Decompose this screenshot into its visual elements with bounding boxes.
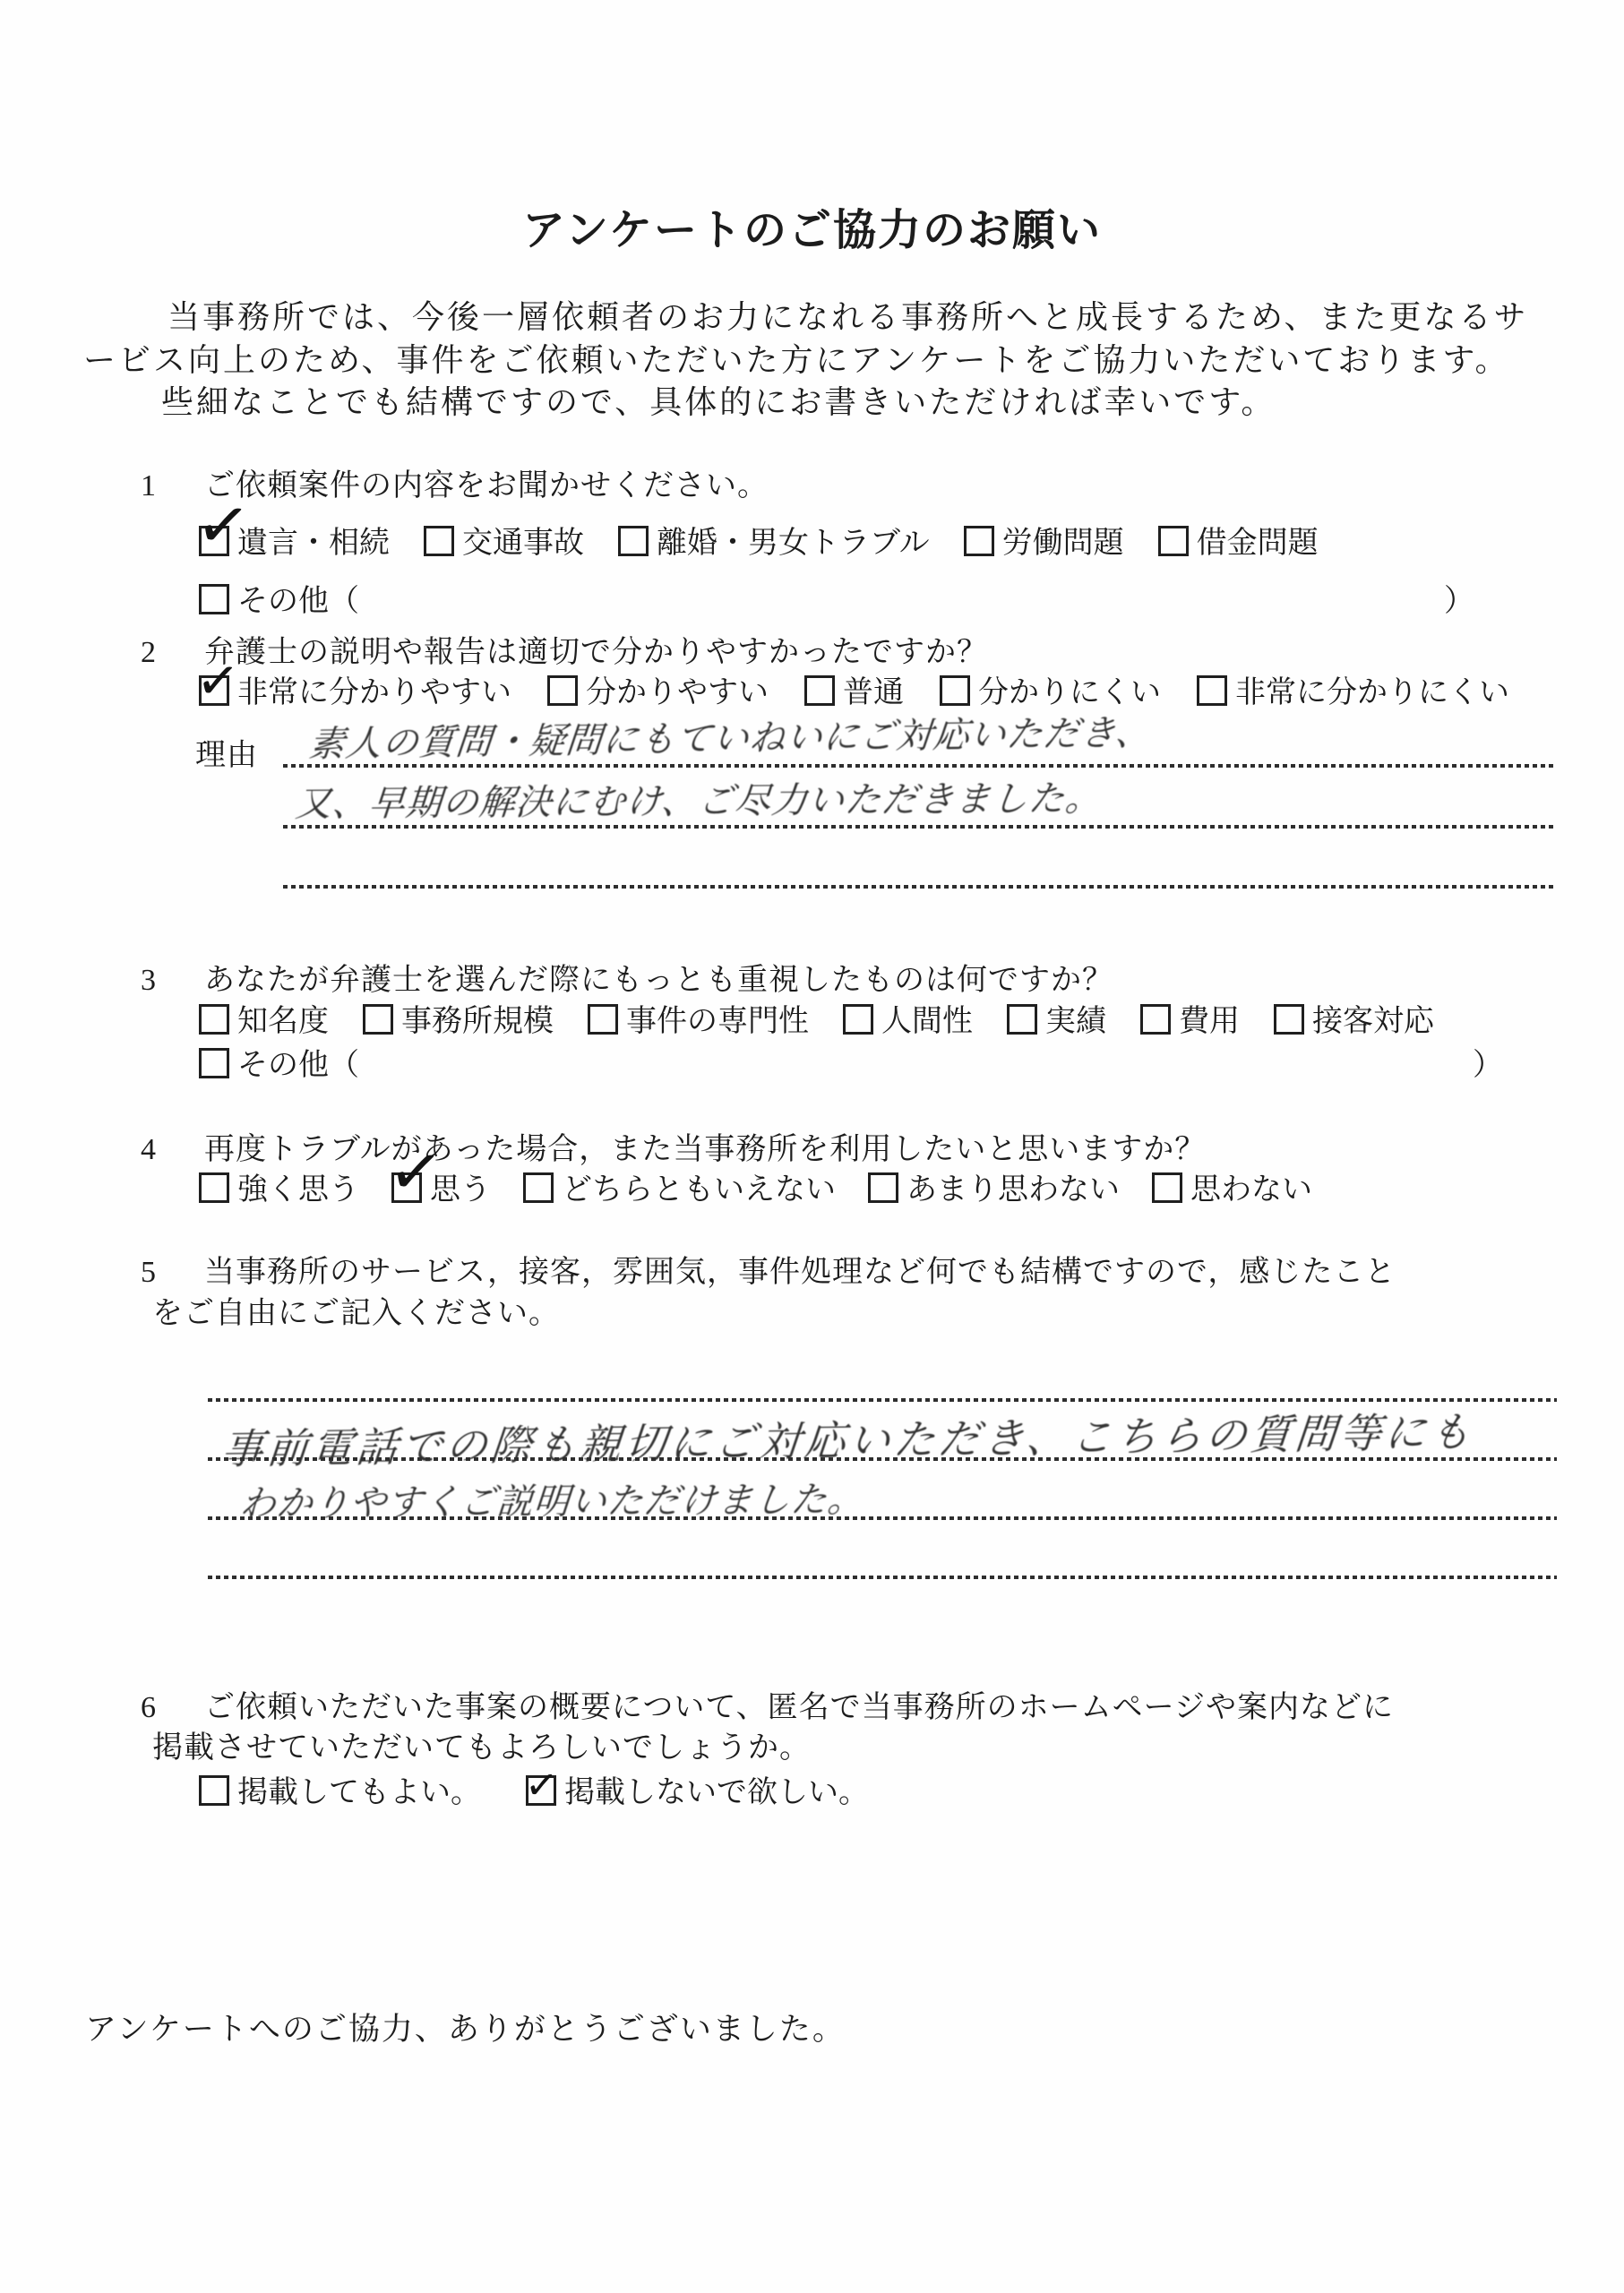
check-mark: ✓ — [524, 1765, 560, 1806]
handwritten-reason-line-1: 素人の質問・疑問にもていねいにご対応いただき、 — [306, 704, 1155, 767]
checkbox[interactable] — [424, 526, 454, 556]
option-label: 人間性 — [881, 996, 973, 1040]
option-label: 非常に分かりにくい — [1235, 667, 1509, 711]
option-label: 強く思う — [237, 1164, 359, 1208]
checkbox[interactable] — [588, 1004, 618, 1035]
checkbox[interactable] — [199, 1048, 229, 1078]
question-1-number: 1 — [141, 469, 204, 503]
handwritten-reason-line-2: 又、早期の解決にむけ、ご尽力いただきました。 — [294, 770, 1104, 827]
question-5-text-line-1: 5当事務所のサービス，接客，雰囲気，事件処理など何でも結構ですので，感じたこと — [141, 1247, 1396, 1291]
option-q4-think[interactable]: ✓ 思う — [391, 1164, 491, 1208]
option-label: 掲載してもよい。 — [237, 1767, 481, 1811]
option-label: 費用 — [1179, 996, 1240, 1040]
answer-line — [208, 1457, 1557, 1461]
checkbox[interactable] — [547, 675, 578, 706]
question-1-other-row: その他（ — [199, 576, 359, 620]
checkbox[interactable] — [1158, 526, 1189, 556]
option-q3-personality[interactable]: 人間性 — [843, 996, 973, 1040]
answer-line — [208, 1576, 1557, 1579]
option-label: 事務所規模 — [401, 996, 554, 1040]
option-label: どちらともいえない — [562, 1164, 836, 1208]
checkbox-checked[interactable]: ✓ — [199, 675, 229, 706]
question-3-text: 3あなたが弁護士を選んだ際にもっとも重視したものは何ですか？ — [141, 955, 1113, 999]
option-label: その他（ — [237, 1040, 359, 1084]
option-label: 交通事故 — [462, 518, 584, 562]
checkbox[interactable] — [964, 526, 994, 556]
question-4-options: 強く思う ✓ 思う どちらともいえない あまり思わない 思わない — [199, 1164, 1312, 1208]
option-q3-firm-size[interactable]: 事務所規模 — [363, 996, 554, 1040]
checkbox[interactable] — [363, 1004, 393, 1035]
option-q1-debt-issue[interactable]: 借金問題 — [1158, 518, 1319, 562]
option-q3-fame[interactable]: 知名度 — [199, 996, 329, 1040]
answer-line — [283, 825, 1557, 829]
option-q2-very-clear[interactable]: ✓ 非常に分かりやすい — [199, 667, 511, 711]
option-q4-not-really[interactable]: あまり思わない — [868, 1164, 1120, 1208]
checkbox[interactable] — [868, 1172, 898, 1203]
option-q3-other[interactable]: その他（ — [199, 1040, 359, 1084]
reason-label: 理由 — [195, 730, 258, 774]
question-5-text-line-2: をご自由にご記入ください。 — [152, 1288, 560, 1332]
answer-line — [283, 764, 1557, 768]
option-label: その他（ — [237, 576, 359, 620]
checkbox[interactable] — [1197, 675, 1227, 706]
option-label: あまり思わない — [907, 1164, 1120, 1208]
checkbox[interactable] — [1152, 1172, 1182, 1203]
checkbox-checked[interactable]: ✓ — [526, 1775, 556, 1806]
answer-line — [208, 1516, 1557, 1520]
q3-other-close-paren: ） — [1473, 1040, 1503, 1084]
option-q3-service[interactable]: 接客対応 — [1274, 996, 1434, 1040]
question-2-options: ✓ 非常に分かりやすい 分かりやすい 普通 分かりにくい 非常に分かりにくい — [199, 667, 1509, 711]
option-q3-cost[interactable]: 費用 — [1140, 996, 1240, 1040]
question-6-options: 掲載してもよい。 ✓ 掲載しないで欲しい。 — [199, 1767, 869, 1811]
checkbox[interactable] — [1007, 1004, 1037, 1035]
question-6-text-line-1: 6ご依頼いただいた事案の概要について、匿名で当事務所のホームページや案内などに — [141, 1682, 1394, 1726]
question-2-number: 2 — [141, 636, 204, 670]
question-3-options: 知名度 事務所規模 事件の専門性 人間性 実績 費用 接客対応 — [199, 996, 1434, 1040]
option-q4-neutral[interactable]: どちらともいえない — [523, 1164, 836, 1208]
checkbox[interactable] — [523, 1172, 554, 1203]
question-3-number: 3 — [141, 964, 204, 998]
option-q4-no[interactable]: 思わない — [1152, 1164, 1312, 1208]
answer-line — [283, 885, 1557, 889]
question-6-number: 6 — [141, 1691, 204, 1725]
option-q1-traffic-accident[interactable]: 交通事故 — [424, 518, 584, 562]
checkbox-checked[interactable]: ✓ — [391, 1172, 422, 1203]
survey-page: アンケートのご協力のお願い 当事務所では、今後一層依頼者のお力になれる事務所へと… — [0, 0, 1624, 2293]
option-q1-other[interactable]: その他（ — [199, 576, 359, 620]
option-q2-very-hard[interactable]: 非常に分かりにくい — [1197, 667, 1509, 711]
option-label: 接客対応 — [1312, 996, 1434, 1040]
option-label: 分かりやすい — [586, 667, 769, 711]
question-1-options: ✓ 遺言・相続 交通事故 離婚・男女トラブル 労働問題 借金問題 — [199, 518, 1319, 562]
option-q4-strongly-think[interactable]: 強く思う — [199, 1164, 359, 1208]
handwritten-comment-line-1: 事前電話での際も親切にご対応いただき、こちらの質問等にも — [219, 1399, 1477, 1476]
page-title: アンケートのご協力のお願い — [0, 195, 1624, 257]
question-4-text: 4再度トラブルがあった場合，また当事務所を利用したいと思いますか？ — [141, 1124, 1206, 1168]
option-q1-will-inheritance[interactable]: ✓ 遺言・相続 — [199, 518, 390, 562]
option-label: 知名度 — [237, 996, 329, 1040]
option-label: 遺言・相続 — [237, 518, 390, 562]
intro-line-1: 当事務所では、今後一層依頼者のお力になれる事務所へと成長するため、また更なるサ — [168, 292, 1529, 338]
checkbox[interactable] — [199, 584, 229, 614]
option-label: 離婚・男女トラブル — [657, 518, 930, 562]
intro-line-2: ービス向上のため、事件をご依頼いただいた方にアンケートをご協力いただいております… — [83, 335, 1510, 381]
checkbox[interactable] — [199, 1172, 229, 1203]
option-label: 掲載しないで欲しい。 — [564, 1767, 869, 1811]
option-q3-specialty[interactable]: 事件の専門性 — [588, 996, 809, 1040]
checkbox[interactable] — [199, 1004, 229, 1035]
option-q6-do-not-publish[interactable]: ✓ 掲載しないで欲しい。 — [526, 1767, 869, 1811]
question-3-other-row: その他（ — [199, 1040, 359, 1084]
question-1-text: 1ご依頼案件の内容をお聞かせください。 — [141, 460, 769, 504]
checkbox[interactable] — [618, 526, 649, 556]
option-label: 事件の専門性 — [626, 996, 809, 1040]
checkbox[interactable] — [1274, 1004, 1304, 1035]
checkbox[interactable] — [1140, 1004, 1171, 1035]
checkbox[interactable] — [940, 675, 970, 706]
option-label: 借金問題 — [1197, 518, 1319, 562]
option-q2-normal[interactable]: 普通 — [804, 667, 904, 711]
checkbox[interactable] — [843, 1004, 873, 1035]
option-label: 実績 — [1045, 996, 1106, 1040]
option-label: 思う — [430, 1164, 491, 1208]
option-q2-clear[interactable]: 分かりやすい — [547, 667, 769, 711]
option-q6-may-publish[interactable]: 掲載してもよい。 — [199, 1767, 481, 1811]
checkbox-checked[interactable]: ✓ — [199, 526, 229, 556]
question-2-text: 2弁護士の説明や報告は適切で分かりやすかったですか？ — [141, 627, 988, 671]
option-label: 思わない — [1190, 1164, 1312, 1208]
option-q3-track-record[interactable]: 実績 — [1007, 996, 1106, 1040]
option-q1-labor-issue[interactable]: 労働問題 — [964, 518, 1124, 562]
intro-line-3: 些細なことでも結構ですので、具体的にお書きいただければ幸いです。 — [161, 377, 1276, 423]
checkbox[interactable] — [804, 675, 835, 706]
q1-other-close-paren: ） — [1444, 576, 1474, 620]
question-5-number: 5 — [141, 1256, 204, 1290]
option-label: 労働問題 — [1002, 518, 1124, 562]
footer-thanks: アンケートへのご協力、ありがとうございました。 — [85, 2005, 846, 2049]
option-label: 非常に分かりやすい — [237, 667, 511, 711]
option-label: 普通 — [843, 667, 904, 711]
option-q1-divorce-trouble[interactable]: 離婚・男女トラブル — [618, 518, 930, 562]
question-6-text-line-2: 掲載させていただいてもよろしいでしょうか。 — [152, 1722, 811, 1766]
question-4-number: 4 — [141, 1133, 204, 1167]
checkbox[interactable] — [199, 1775, 229, 1806]
